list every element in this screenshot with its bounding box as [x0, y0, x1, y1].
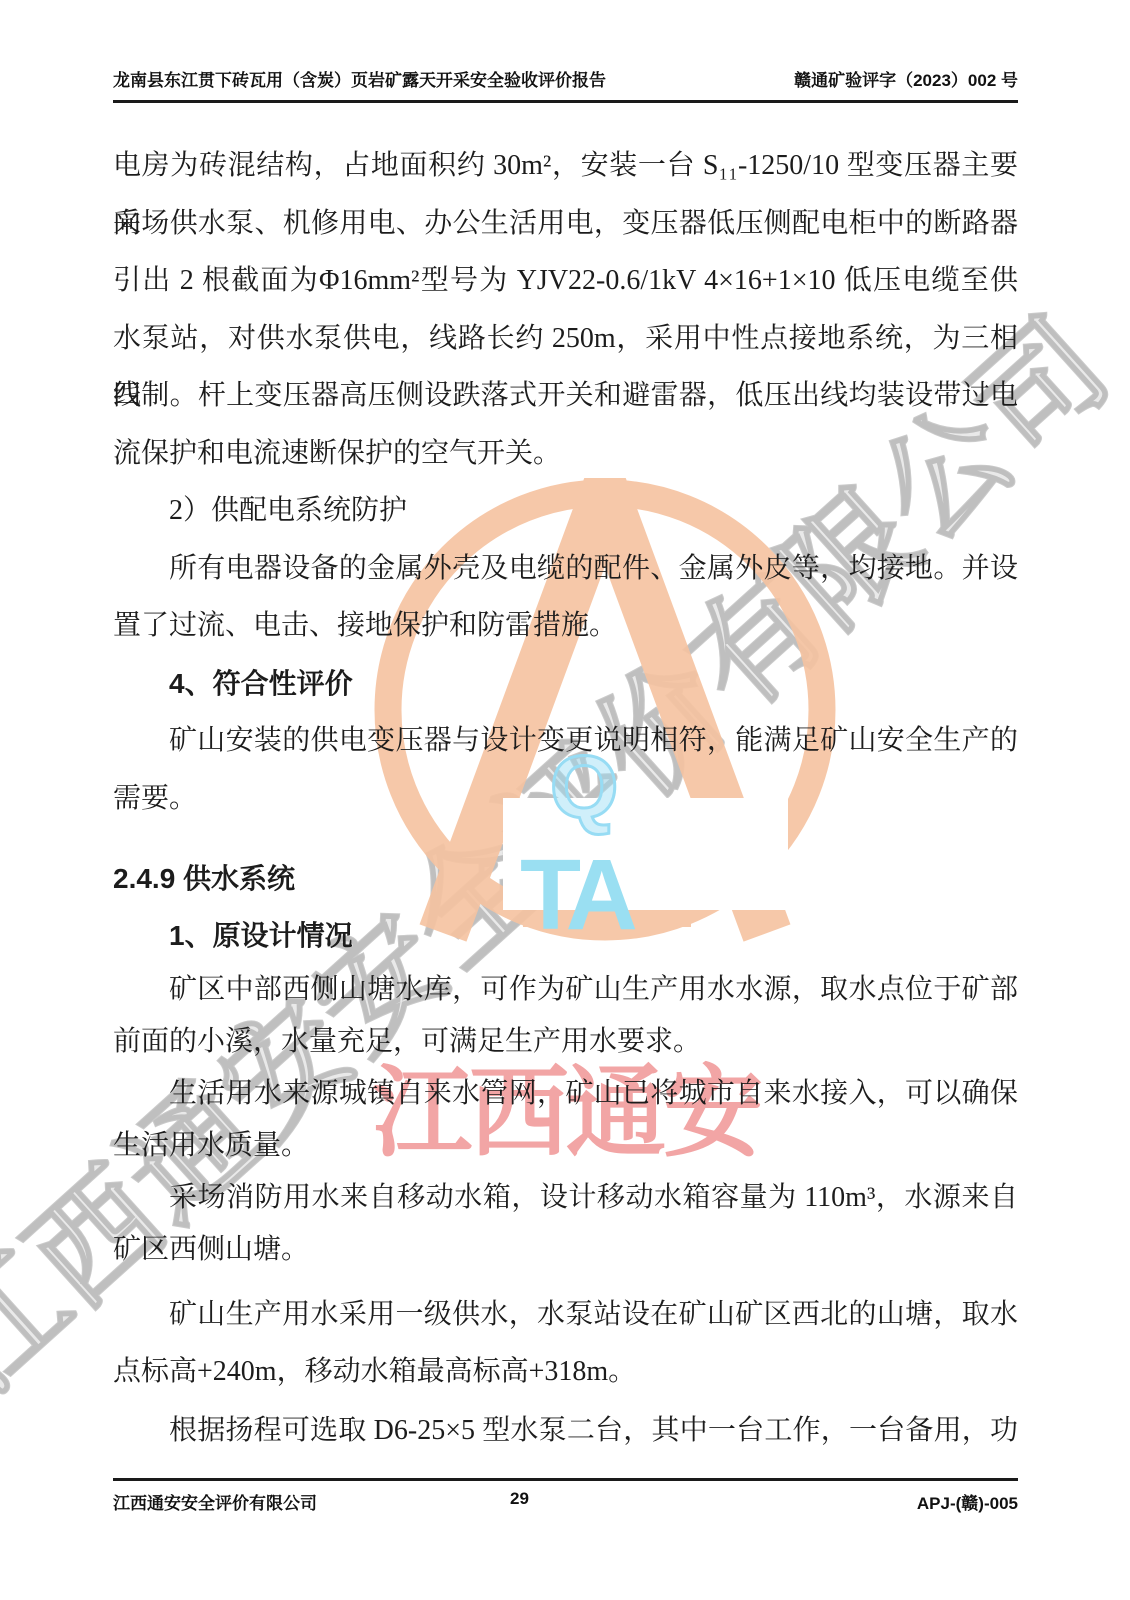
body-line: 点标高+240m，移动水箱最高标高+318m。: [113, 1343, 1018, 1400]
heading-line: 1、原设计情况: [113, 908, 1018, 964]
page-header: 龙南县东江贯下砖瓦用（含炭）页岩矿露天开采安全验收评价报告 赣通矿验评字（202…: [113, 66, 1018, 103]
body-line: 2）供配电系统防护: [113, 482, 1018, 540]
body-line: 矿山安装的供电变压器与设计变更说明相符，能满足矿山安全生产的: [113, 712, 1018, 770]
body-line: 置了过流、电击、接地保护和防雷措施。: [113, 597, 1018, 655]
body-line: 生活用水质量。: [113, 1120, 1018, 1172]
body-line: 需要。: [113, 770, 1018, 828]
body-line: 矿区西侧山塘。: [113, 1224, 1018, 1276]
body-line: 采场消防用水来自移动水箱，设计移动水箱容量为 110m³，水源来自: [113, 1172, 1018, 1224]
body-line: 线制。杆上变压器高压侧设跌落式开关和避雷器，低压出线均装设带过电: [113, 367, 1018, 425]
footer-page-number: 29: [510, 1489, 529, 1509]
footer-doc-code: APJ-(赣)-005: [917, 1489, 1018, 1514]
footer-company-name: 江西通安安全评价有限公司: [113, 1489, 317, 1514]
body-line: 前面的小溪，水量充足，可满足生产用水要求。: [113, 1016, 1018, 1068]
page-footer: 江西通安安全评价有限公司 29 APJ-(赣)-005: [113, 1478, 1018, 1514]
body-line: 采场供水泵、机修用电、办公生活用电，变压器低压侧配电柜中的断路器: [113, 195, 1018, 253]
document-body: 电房为砖混结构，占地面积约 30m²，安装一台 S₁₁-1250/10 型变压器…: [113, 137, 1018, 1459]
document-page: 江西通安安全评价有限公司 Q TA 江西通安 龙南县东江贯下砖瓦用（含炭）页岩矿…: [0, 0, 1130, 1600]
body-line: 生活用水来源城镇自来水管网，矿山已将城市自来水接入，可以确保: [113, 1068, 1018, 1120]
header-doc-number: 赣通矿验评字（2023）002 号: [794, 66, 1018, 91]
body-line: 水泵站，对供水泵供电，线路长约 250m，采用中性点接地系统，为三相四: [113, 310, 1018, 368]
body-line: 矿山生产用水采用一级供水，水泵站设在矿山矿区西北的山塘，取水: [113, 1286, 1018, 1343]
heading-line: 4、符合性评价: [113, 655, 1018, 713]
body-line: 电房为砖混结构，占地面积约 30m²，安装一台 S₁₁-1250/10 型变压器…: [113, 137, 1018, 195]
body-line: 矿区中部西侧山塘水库，可作为矿山生产用水水源，取水点位于矿部: [113, 964, 1018, 1016]
body-line: 流保护和电流速断保护的空气开关。: [113, 425, 1018, 483]
header-report-title: 龙南县东江贯下砖瓦用（含炭）页岩矿露天开采安全验收评价报告: [113, 66, 606, 91]
body-line: 所有电器设备的金属外壳及电缆的配件、金属外皮等，均接地。并设: [113, 540, 1018, 598]
heading-line: 2.4.9 供水系统: [113, 849, 1018, 908]
body-line: 根据扬程可选取 D6-25×5 型水泵二台，其中一台工作，一台备用，功: [113, 1402, 1018, 1459]
body-line: 引出 2 根截面为Φ16mm²型号为 YJV22-0.6/1kV 4×16+1×…: [113, 252, 1018, 310]
